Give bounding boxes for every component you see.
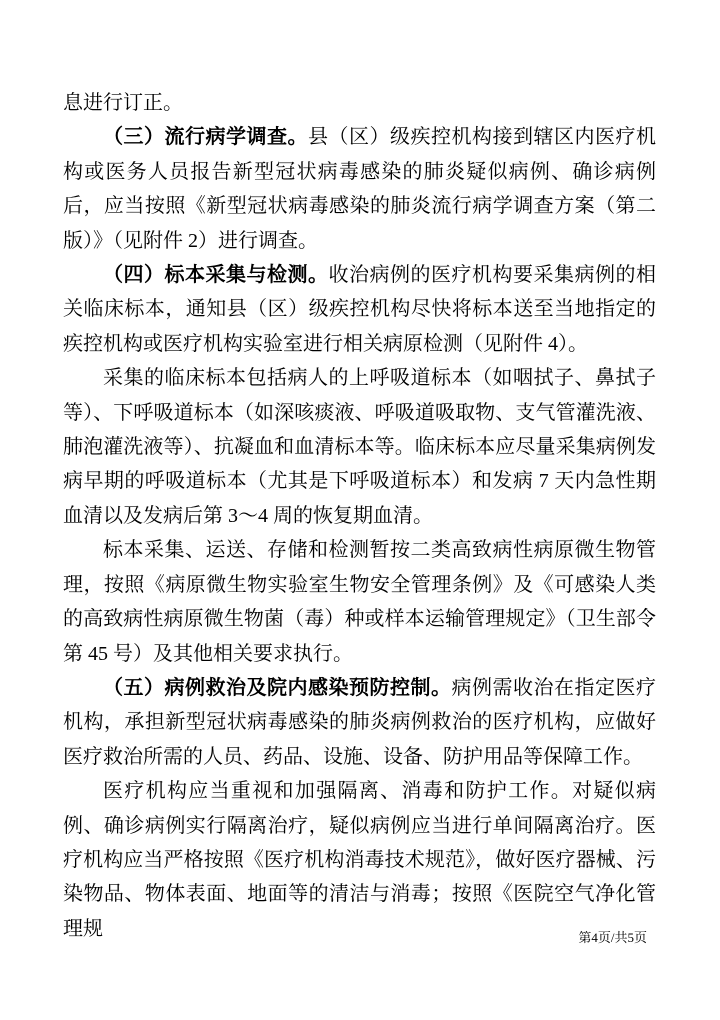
- text-run: 标本采集、运送、存储和检测暂按二类高致病性病原微生物管理，按照《病原微生物实验室…: [63, 539, 656, 664]
- section-heading-run: （四）标本采集与检测。: [103, 264, 329, 286]
- document-page: 息进行订正。（三）流行病学调查。县（区）级疾控机构接到辖区内医疗机构或医务人员报…: [0, 0, 720, 1020]
- text-run: 医疗机构应当重视和加强隔离、消毒和防护工作。对疑似病例、确诊病例实行隔离治疗，疑…: [63, 780, 656, 940]
- paragraph: 息进行订正。: [63, 86, 656, 120]
- document-body: 息进行订正。（三）流行病学调查。县（区）级疾控机构接到辖区内医疗机构或医务人员报…: [63, 86, 656, 946]
- paragraph: （五）病例救治及院内感染预防控制。病例需收治在指定医疗机构，承担新型冠状病毒感染…: [63, 671, 656, 774]
- paragraph: （三）流行病学调查。县（区）级疾控机构接到辖区内医疗机构或医务人员报告新型冠状病…: [63, 120, 656, 258]
- text-run: 息进行订正。: [63, 92, 183, 114]
- page-footer: 第4页/共5页: [578, 929, 647, 947]
- paragraph: （四）标本采集与检测。收治病例的医疗机构要采集病例的相关临床标本，通知县（区）级…: [63, 258, 656, 361]
- paragraph: 医疗机构应当重视和加强隔离、消毒和防护工作。对疑似病例、确诊病例实行隔离治疗，疑…: [63, 774, 656, 946]
- section-heading-run: （三）流行病学调查。: [103, 126, 308, 148]
- paragraph: 采集的临床标本包括病人的上呼吸道标本（如咽拭子、鼻拭子等）、下呼吸道标本（如深咳…: [63, 361, 656, 533]
- page-number-label: 第4页/共5页: [578, 930, 647, 945]
- section-heading-run: （五）病例救治及院内感染预防控制。: [103, 677, 452, 699]
- paragraph: 标本采集、运送、存储和检测暂按二类高致病性病原微生物管理，按照《病原微生物实验室…: [63, 533, 656, 671]
- text-run: 采集的临床标本包括病人的上呼吸道标本（如咽拭子、鼻拭子等）、下呼吸道标本（如深咳…: [63, 367, 656, 527]
